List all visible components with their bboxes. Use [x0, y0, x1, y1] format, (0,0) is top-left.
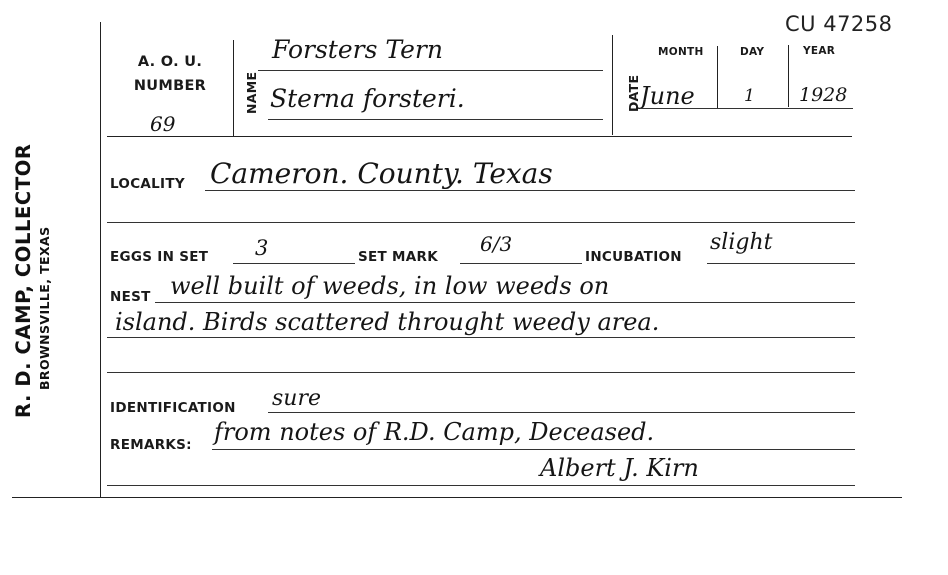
year-value: 1928 [799, 84, 847, 106]
set-mark-label: SET MARK [358, 249, 438, 265]
locality-line-2 [107, 222, 855, 223]
signature-line [107, 485, 855, 486]
nest-value-line2: island. Birds scattered throught weedy a… [115, 308, 659, 336]
aou-number-value: 69 [150, 112, 175, 136]
header-bottom-rule [107, 136, 852, 137]
locality-value: Cameron. County. Texas [210, 157, 553, 190]
remarks-value: from notes of R.D. Camp, Deceased. [214, 418, 654, 446]
locality-label: LOCALITY [110, 176, 185, 192]
aou-label-line2: NUMBER [125, 74, 215, 98]
incubation-label: INCUBATION [585, 249, 682, 265]
incubation-value: slight [710, 230, 772, 255]
date-line [640, 108, 853, 109]
specimen-card: CU 47258 R. D. CAMP, COLLECTOR BROWNSVIL… [0, 0, 948, 575]
bottom-border [12, 497, 902, 498]
identification-line [268, 412, 855, 413]
nest-label: NEST [110, 289, 151, 305]
eggs-in-set-value: 3 [255, 236, 268, 260]
aou-label-line1: A. O. U. [125, 50, 215, 74]
collector-place: BROWNSVILLE, TEXAS [37, 58, 52, 390]
aou-divider [233, 40, 234, 136]
day-value: 1 [744, 86, 755, 106]
day-year-divider [788, 45, 789, 107]
month-value: June [640, 82, 695, 110]
remarks-label: REMARKS: [110, 437, 192, 453]
signature: Albert J. Kirn [540, 454, 699, 482]
common-name-value: Forsters Tern [272, 35, 443, 64]
scientific-name-value: Sterna forsteri. [270, 84, 465, 113]
remarks-line [212, 449, 855, 450]
eggs-line [233, 263, 355, 264]
identification-label: IDENTIFICATION [110, 400, 236, 416]
day-label: DAY [740, 46, 764, 58]
identification-value: sure [272, 386, 321, 411]
name-label: NAME [244, 72, 259, 114]
scientific-name-line [268, 119, 603, 120]
date-label: DATE [626, 75, 641, 112]
catalog-number: CU 47258 [785, 12, 893, 36]
month-day-divider [717, 46, 718, 108]
month-label: MONTH [658, 46, 704, 58]
year-label: YEAR [803, 45, 835, 57]
name-date-divider [612, 35, 613, 135]
blank-line [107, 372, 855, 373]
collector-name: R. D. CAMP, COLLECTOR [12, 58, 35, 418]
eggs-in-set-label: EGGS IN SET [110, 249, 208, 265]
common-name-line [258, 70, 603, 71]
aou-number-label: A. O. U. NUMBER [125, 50, 215, 98]
nest-line-1 [155, 302, 855, 303]
nest-line-2 [107, 337, 855, 338]
nest-value-line1: well built of weeds, in low weeds on [170, 272, 609, 300]
set-mark-value: 6/3 [480, 232, 512, 256]
collector-band: R. D. CAMP, COLLECTOR BROWNSVILLE, TEXAS [12, 58, 52, 418]
set-mark-line [460, 263, 582, 264]
incubation-line [707, 263, 855, 264]
left-border [100, 22, 101, 498]
locality-line [205, 190, 855, 191]
